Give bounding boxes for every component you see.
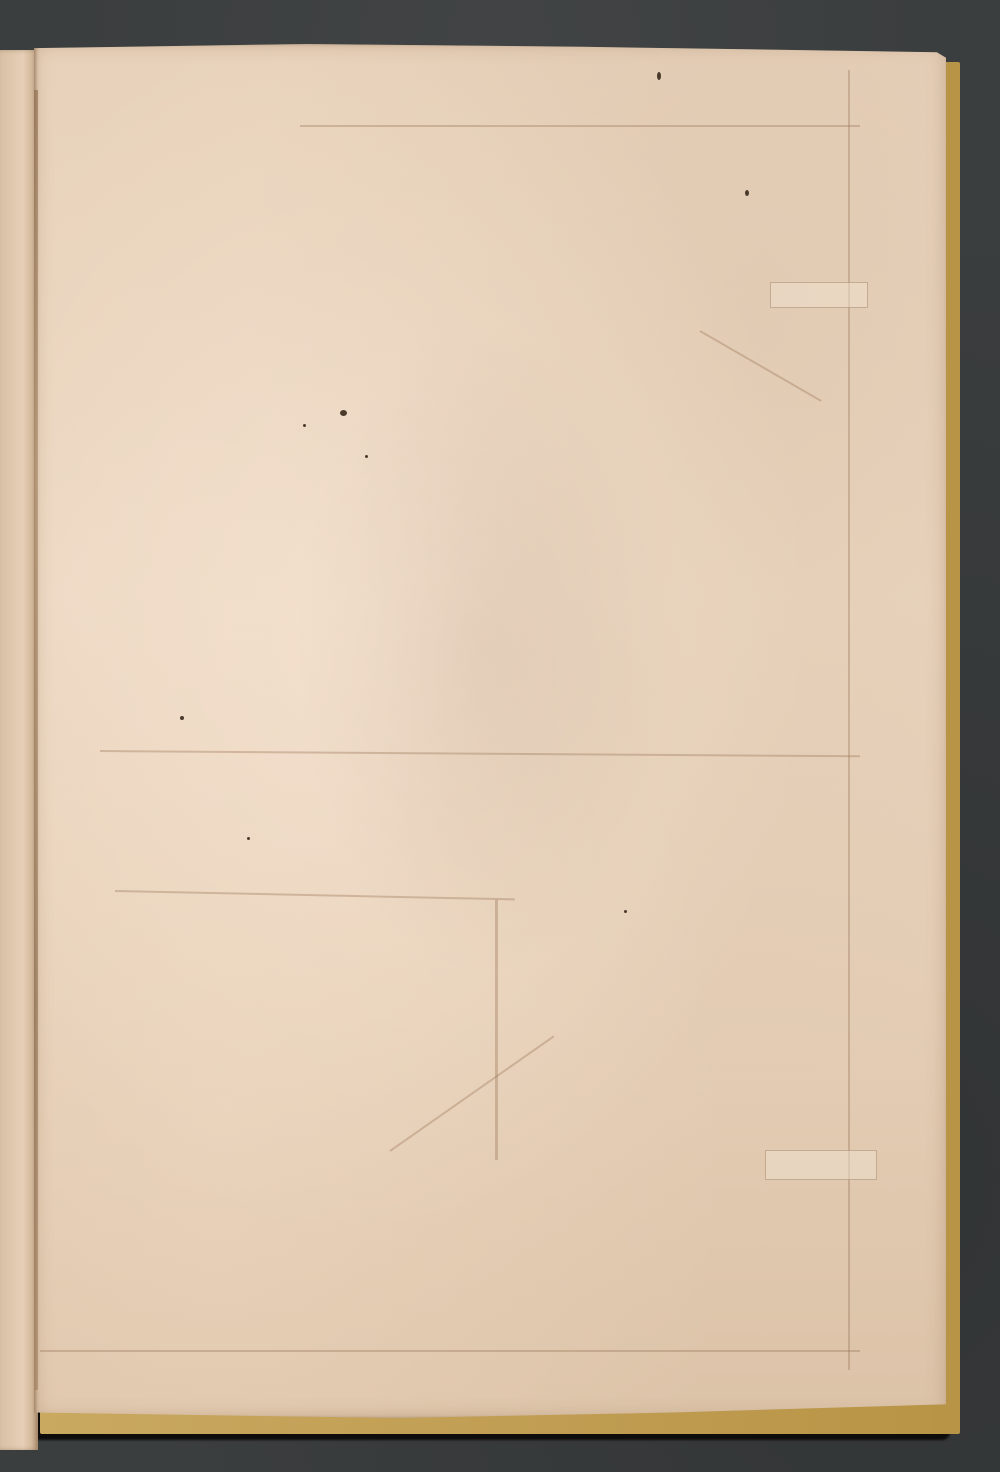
fold-line-bottom <box>40 1350 860 1352</box>
ink-speck <box>657 72 661 80</box>
ink-speck <box>365 455 368 458</box>
binding-tab <box>765 1150 877 1180</box>
binding-tab <box>770 282 868 308</box>
facing-page-edge <box>0 50 38 1450</box>
ink-speck <box>340 410 347 416</box>
ink-speck <box>180 716 184 720</box>
binding-gutter <box>34 90 38 1390</box>
ink-speck <box>303 424 306 427</box>
blank-page <box>34 44 946 1418</box>
ink-speck <box>624 910 627 913</box>
ink-speck <box>745 190 749 196</box>
crease <box>495 900 498 1160</box>
fold-line-top <box>300 125 860 127</box>
ink-speck <box>247 837 250 840</box>
